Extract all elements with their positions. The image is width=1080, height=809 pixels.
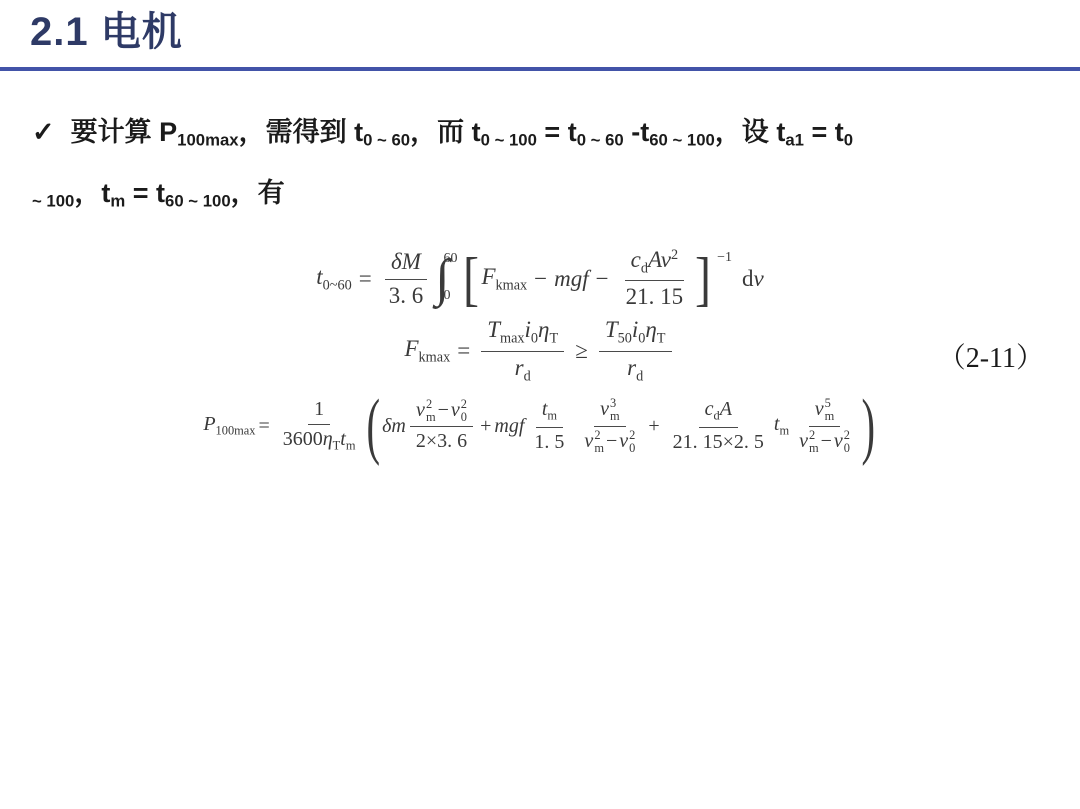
var-sub: 0 ~ 60 [363, 131, 410, 150]
plus-sign: + [480, 415, 491, 438]
equals-sign: = [258, 415, 269, 438]
equation-1: t0~60 = δM 3. 6 ∫ 600 [ Fkmax − mgf − cd… [0, 242, 1080, 316]
var-v02: v20 [451, 398, 467, 425]
var-base: t [354, 117, 363, 147]
var-mgf: mgf [494, 415, 524, 438]
var-tm: tm [774, 413, 789, 439]
var-P100max: P100max [159, 106, 238, 167]
fraction-denominator: rd [509, 352, 537, 386]
var-sub: a1 [785, 131, 804, 150]
var-sub: max [500, 331, 525, 347]
var-base: t [156, 178, 165, 208]
var-base: c [631, 247, 641, 272]
var-etaT: ηT [645, 316, 665, 348]
var-sub: T [657, 331, 666, 347]
fraction-numerator: T50i0ηT [599, 316, 672, 351]
var-sub: kmax [496, 277, 528, 293]
var-sub: m [346, 439, 356, 453]
fraction-numerator: v3m [594, 397, 626, 427]
var-sub: kmax [419, 349, 451, 365]
var-sub: 50 [618, 331, 632, 347]
fraction-Tmax: Tmaxi0ηT rd [481, 316, 564, 385]
var-t0-60: t0 ~ 60 [568, 106, 624, 167]
text-segment: 要计算 [71, 117, 160, 147]
bullet-paragraph: ✓要计算 P100max，需得到 t0 ~ 60，而 t0 ~ 100 = t0… [32, 106, 1056, 227]
var-sub: m [779, 424, 789, 438]
var-Av: Av [648, 247, 671, 272]
var-sub: 0 ~ 60 [577, 131, 624, 150]
var-sub: m [547, 409, 557, 423]
fraction-denominator: 1. 5 [528, 428, 570, 455]
var-v02: v20 [834, 429, 850, 456]
fraction-numerator: cdA [699, 397, 738, 427]
text-segment: ，设 [715, 117, 777, 147]
var-t60-100: t60 ~ 100 [156, 167, 231, 228]
var-sub: ~ 100 [32, 191, 74, 210]
var-ta1: ta1 [776, 106, 804, 167]
var-tm: tm [101, 167, 125, 228]
var-tm: tm [340, 427, 355, 454]
var-sup: 2 [809, 429, 815, 442]
var-t0-60: t0 ~ 60 [354, 106, 410, 167]
var-vm2: v2m [584, 429, 604, 456]
bullet-line-2: ~ 100，tm = t60 ~ 100，有 [32, 167, 1056, 228]
supsub: 20 [629, 429, 635, 456]
var-rd: rd [515, 354, 531, 386]
supsub: 20 [461, 398, 467, 425]
title-divider [0, 67, 1080, 71]
fraction-denominator: 2×3. 6 [410, 427, 473, 454]
var-sup: 2 [461, 398, 467, 411]
var-sup: 3 [610, 397, 616, 410]
var-base: t [472, 117, 481, 147]
lower-limit: 0 [443, 288, 457, 304]
minus-sign: − [821, 430, 832, 452]
fraction-tm-15: tm 1. 5 [528, 397, 570, 454]
var-vm3: v3m [600, 397, 620, 424]
fraction-numerator: Tmaxi0ηT [481, 316, 564, 351]
fraction-denominator: 21. 15 [620, 281, 690, 312]
integral-limits: 600 [443, 253, 457, 305]
fraction-vm5: v5m v2m−v20 [793, 397, 856, 456]
slide: 2.1 电机 ✓要计算 P100max，需得到 t0 ~ 60，而 t0 ~ 1… [0, 0, 1080, 809]
fraction-numerator: v5m [809, 397, 841, 427]
var-t0: t0 [835, 106, 853, 167]
var-base: v [451, 399, 460, 421]
fraction-numerator: cdAv2 [625, 246, 684, 281]
var-sub: T [333, 439, 341, 453]
fraction-numerator: tm [536, 397, 563, 427]
var-sup: 2 [594, 429, 600, 442]
var-v: v [754, 266, 764, 291]
var-Fkmax: Fkmax [481, 264, 527, 294]
var-v02: v20 [619, 429, 635, 456]
var-sub: 0 ~ 100 [481, 131, 537, 150]
var-sub: d [641, 260, 648, 276]
var-base: P [203, 413, 215, 435]
fraction-vm2-v02: v2m−v20 2×3. 6 [410, 398, 473, 455]
var-sub: 60 ~ 100 [649, 131, 715, 150]
var-A: A [720, 398, 732, 420]
fraction-numerator: 1 [308, 397, 330, 425]
const-3600: 3600 [283, 428, 323, 450]
fraction-denominator: 3. 6 [383, 280, 430, 311]
fraction-vm3: v3m v2m−v20 [578, 397, 641, 456]
var-sub: 0~60 [323, 277, 352, 293]
supsub: 2m [594, 429, 604, 456]
text-segment: ，而 [410, 117, 472, 147]
equation-number: （2-11） [938, 336, 1044, 376]
var-sub: 0 [461, 411, 467, 424]
fraction-numerator: δM [385, 248, 427, 280]
var-base: t [101, 178, 110, 208]
fraction-denominator: rd [621, 352, 649, 386]
var-base: v [584, 430, 593, 452]
var-t0-100: t0 ~ 100 [472, 106, 537, 167]
var-sub: 0 [629, 442, 635, 455]
geq-sign: ≥ [575, 338, 588, 364]
var-base: v [815, 398, 824, 420]
eq2-lhs: Fkmax [404, 336, 450, 366]
minus-sign: − [534, 266, 547, 292]
var-base: v [799, 430, 808, 452]
sub-continuation: ~ 100 [32, 167, 74, 228]
left-bracket: [ [463, 249, 479, 309]
right-bracket: ] [695, 249, 711, 309]
var-sup: 2 [671, 247, 678, 263]
fraction-T50: T50i0ηT rd [599, 316, 672, 385]
var-base: v [834, 430, 843, 452]
var-vm5: v5m [815, 397, 835, 424]
text-segment: ， [74, 178, 101, 208]
var-base: η [323, 428, 333, 450]
fraction-cdA: cdA 21. 15×2. 5 [667, 397, 770, 454]
var-base: v [416, 399, 425, 421]
var-base: v [600, 398, 609, 420]
supsub: 2m [426, 398, 436, 425]
var-sub: m [594, 442, 604, 455]
supsub: 2m [809, 429, 819, 456]
var-i0: i0 [525, 316, 539, 348]
text-segment: = [125, 178, 156, 208]
var-sub: m [809, 442, 819, 455]
var-sub: d [524, 368, 531, 384]
upper-limit: 60 [443, 251, 457, 267]
fraction-dM-36: δM 3. 6 [383, 248, 430, 311]
equation-2: Fkmax = Tmaxi0ηT rd ≥ T50i0ηT rd [0, 316, 1080, 386]
var-base: F [481, 264, 495, 289]
var-cd: cd [631, 246, 648, 278]
eq3-lhs: P100max [203, 413, 255, 439]
var-sub: m [825, 410, 835, 423]
right-paren: ) [862, 389, 876, 463]
var-sup: 2 [844, 429, 850, 442]
var-sub: d [636, 368, 643, 384]
equals-sign: = [359, 266, 372, 292]
var-base: T [605, 317, 618, 342]
var-sup: 5 [825, 397, 831, 410]
fraction-denominator: v2m−v20 [578, 427, 641, 456]
differential-dv: dv [742, 266, 764, 292]
var-t60-100: t60 ~ 100 [640, 106, 715, 167]
var-sub: m [426, 411, 436, 424]
var-sub: 0 [638, 331, 645, 347]
supsub: 5m [825, 397, 835, 424]
var-dm: δm [382, 415, 406, 438]
text-segment: ，需得到 [239, 117, 355, 147]
var-cd: cd [705, 397, 720, 424]
fraction-cdav2: cdAv2 21. 15 [620, 246, 690, 312]
var-mgf: mgf [554, 266, 589, 292]
var-tm: tm [542, 397, 557, 424]
var-sup: 2 [426, 398, 432, 411]
fraction-denominator: 3600ηTtm [277, 425, 362, 454]
var-base: v [619, 430, 628, 452]
d-upright: d [742, 266, 754, 291]
var-etaT: ηT [323, 427, 341, 454]
minus-sign: − [596, 266, 609, 292]
var-base: η [538, 317, 549, 342]
text-segment: - [624, 117, 641, 147]
equation-block: t0~60 = δM 3. 6 ∫ 600 [ Fkmax − mgf − cd… [0, 242, 1080, 466]
var-base: t [835, 117, 844, 147]
fraction-denominator: 21. 15×2. 5 [667, 428, 770, 455]
var-etaT: ηT [538, 316, 558, 348]
equals-sign: = [457, 338, 470, 364]
supsub: 3m [610, 397, 620, 424]
equation-3: P100max = 1 3600ηTtm ( δm v2m−v20 2×3. 6… [0, 386, 1080, 466]
text-segment: ，有 [231, 178, 285, 208]
var-base: T [487, 317, 500, 342]
var-base: t [640, 117, 649, 147]
fraction-1-3600: 1 3600ηTtm [277, 397, 362, 454]
var-sub: 0 [531, 331, 538, 347]
var-sub: T [549, 331, 558, 347]
bullet-line-1: ✓要计算 P100max，需得到 t0 ~ 60，而 t0 ~ 100 = t0… [32, 106, 1056, 167]
check-icon: ✓ [32, 106, 55, 159]
fraction-numerator: v2m−v20 [410, 398, 473, 428]
var-vm2: v2m [799, 429, 819, 456]
bracket-exponent: −1 [717, 250, 732, 266]
minus-sign: − [606, 430, 617, 452]
left-paren: ( [367, 389, 381, 463]
var-T50: T50 [605, 316, 632, 348]
var-base: r [627, 355, 636, 380]
var-sub: 100max [216, 424, 256, 438]
eq1-lhs: t0~60 [316, 264, 351, 294]
fraction-denominator: v2m−v20 [793, 427, 856, 456]
var-sup: 2 [629, 429, 635, 442]
var-sub: 0 [844, 131, 853, 150]
var-base: η [645, 317, 656, 342]
var-sub: m [110, 191, 125, 210]
var-base: t [776, 117, 785, 147]
var-vm2: v2m [416, 398, 436, 425]
var-base: t [568, 117, 577, 147]
page-title: 2.1 电机 [30, 8, 183, 56]
var-sub: 100max [177, 131, 238, 150]
var-rd: rd [627, 354, 643, 386]
plus-sign: + [648, 415, 659, 438]
minus-sign: − [438, 399, 449, 421]
text-segment: = [537, 117, 568, 147]
text-segment: = [804, 117, 835, 147]
var-sub: 60 ~ 100 [165, 191, 231, 210]
supsub: 20 [844, 429, 850, 456]
var-Tmax: Tmax [487, 316, 524, 348]
var-base: F [404, 336, 418, 361]
var-base: P [159, 117, 177, 147]
var-sub: m [610, 410, 620, 423]
integral-group: ∫ 600 [435, 253, 459, 305]
var-base: r [515, 355, 524, 380]
var-sub: 0 [844, 442, 850, 455]
var-i0: i0 [632, 316, 646, 348]
